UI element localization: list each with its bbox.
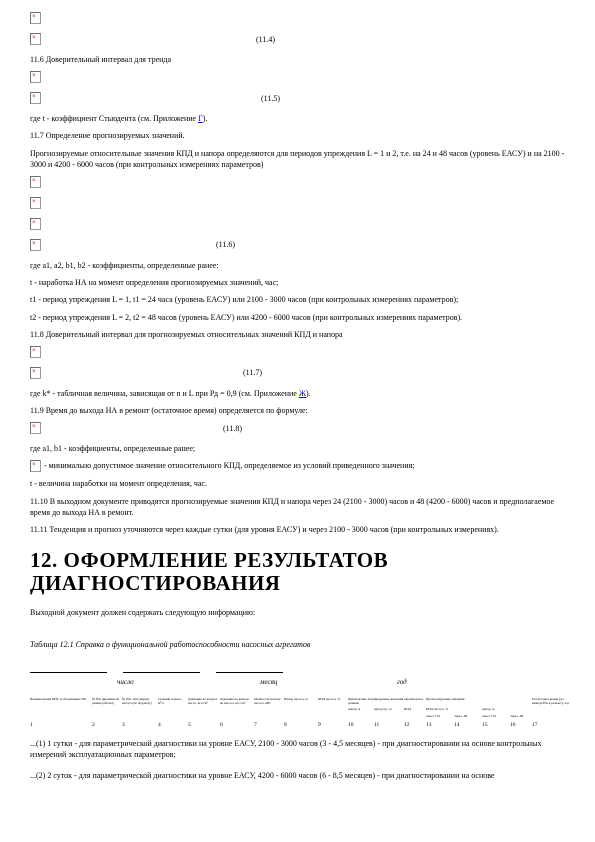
formula-image-row: × [30, 12, 565, 24]
formula-image-row: × (11.5) [30, 92, 565, 104]
date-fill-in-block: число месяц год [30, 666, 565, 696]
def-kpd-min-text: - минимально допустимое значение относит… [44, 460, 415, 471]
appendix-zh-link[interactable]: Ж [299, 389, 306, 398]
column-number: 14 [454, 719, 482, 730]
broken-image-x: × [32, 73, 36, 79]
section-12-intro: Выходной документ должен содержать следу… [30, 607, 565, 618]
date-underline [123, 672, 200, 673]
broken-image-x: × [32, 14, 36, 20]
column-number: 13 [426, 719, 454, 730]
broken-image-x: × [32, 94, 36, 100]
column-number: 10 [348, 719, 374, 730]
where-k-definition: где k* - табличная величина, зависящая о… [30, 388, 565, 399]
column-number: 12 [404, 719, 426, 730]
date-label-day: число [117, 678, 134, 686]
column-number: 2 [92, 719, 122, 730]
where-t-text: где t - коэффициент Стьюдента (см. Прило… [30, 114, 198, 123]
table-subheader: КПД [404, 706, 426, 719]
where-k-text: где k* - табличная величина, зависящая о… [30, 389, 299, 398]
formula-image-row: × [30, 197, 565, 209]
broken-image-icon: × [30, 12, 41, 24]
formula-image-row: × [30, 346, 565, 358]
broken-image-icon: × [30, 460, 41, 472]
column-number: 1 [30, 719, 92, 730]
table-group-header-actual: Фактические и приведенные значения парам… [348, 696, 426, 707]
broken-image-x: × [32, 369, 36, 375]
column-number: 3 [122, 719, 158, 730]
date-underline [216, 672, 283, 673]
broken-image-x: × [32, 199, 36, 205]
table-column-header: Давление на выходе из насоса, кгс/см² [220, 696, 254, 719]
column-number: 17 [532, 719, 572, 730]
equation-number: (11.7) [243, 368, 262, 377]
broken-image-icon: × [30, 239, 41, 251]
equation-number: (11.4) [256, 35, 275, 44]
table-group-header-forecast: Прогнозируемые значения [426, 696, 532, 707]
table-column-header: Средняя подача, м³/ч [158, 696, 188, 719]
forecast-paragraph: Прогнозируемые относительные значения КП… [30, 148, 565, 170]
table-column-header: Остаточное время (до вывода НА в ремонт)… [532, 696, 572, 719]
where-k-tail: ). [306, 389, 311, 398]
broken-image-x: × [32, 462, 36, 468]
column-number: 9 [318, 719, 348, 730]
column-number: 4 [158, 719, 188, 730]
equation-number: (11.6) [216, 240, 235, 249]
clause-11-10: 11.10 В выходном документе приводятся пр… [30, 496, 565, 518]
where-t-definition: где t - коэффициент Стьюдента (см. Прило… [30, 113, 565, 124]
broken-image-icon: × [30, 71, 41, 83]
table-subheader: напор пр., м [374, 706, 404, 719]
equation-number: (11.5) [261, 94, 280, 103]
column-number: 16 [510, 719, 532, 730]
table-column-header: Мощность на валу насоса, кВт [254, 696, 284, 719]
def-t: t - наработка НА на момент определения п… [30, 277, 565, 288]
formula-image-row: × [30, 176, 565, 188]
formula-image-row: × (11.8) [30, 422, 565, 434]
def-t-op: t - величина наработки на момент определ… [30, 478, 565, 489]
footnotes: ...(1) 1 сутки - для параметрической диа… [30, 738, 565, 782]
broken-image-x: × [32, 424, 36, 430]
formula-image-row: × (11.6) [30, 239, 565, 251]
def-t2: t2 - период упреждения L = 2, t2 = 48 ча… [30, 312, 565, 323]
table-column-number-row: 1 2 3 4 5 6 7 8 9 10 11 12 13 14 15 16 1… [30, 719, 572, 730]
table-column-header: Наименование НПС и обозначение НА [30, 696, 92, 719]
table-header-row-groups: Наименование НПС и обозначение НА № НА (… [30, 696, 572, 707]
broken-image-x: × [32, 220, 36, 226]
where-a1b1: где a1, b1 - коэффициенты, определенные … [30, 443, 565, 454]
broken-image-x: × [32, 178, 36, 184]
broken-image-icon: × [30, 33, 41, 45]
formula-image-row: × (11.4) [30, 33, 565, 45]
clause-11-11: 11.11 Тенденция и прогноз уточняются чер… [30, 524, 565, 535]
table-column-header: № НА (временной режим работы) [92, 696, 122, 719]
clause-11-8-heading: 11.8 Доверительный интервал для прогнози… [30, 329, 565, 340]
footnote-2: ...(2) 2 суток - для параметрической диа… [30, 770, 565, 781]
table-12-1: Наименование НПС и обозначение НА № НА (… [30, 696, 572, 730]
column-number: 8 [284, 719, 318, 730]
formula-image-row: × (11.7) [30, 367, 565, 379]
table-subheader: напор, м [348, 706, 374, 719]
broken-image-icon: × [30, 422, 41, 434]
date-label-year: год [397, 678, 407, 686]
table-column-header: Напор насоса, м [284, 696, 318, 719]
date-underline [30, 672, 107, 673]
broken-image-x: × [32, 35, 36, 41]
section-12-heading: 12. ОФОРМЛЕНИЕ РЕЗУЛЬТАТОВ ДИАГНОСТИРОВА… [30, 549, 565, 595]
broken-image-icon: × [30, 367, 41, 379]
broken-image-x: × [32, 348, 36, 354]
broken-image-icon: × [30, 176, 41, 188]
footnote-1: ...(1) 1 сутки - для параметрической диа… [30, 738, 565, 760]
formula-image-row: × [30, 71, 565, 83]
column-number: 15 [482, 719, 510, 730]
broken-image-icon: × [30, 92, 41, 104]
document-page: × × (11.4) 11.6 Доверительный интервал д… [0, 0, 595, 781]
formula-image-row: × [30, 218, 565, 230]
broken-image-icon: × [30, 218, 41, 230]
clause-11-6-heading: 11.6 Доверительный интервал для тренда [30, 54, 565, 65]
table-column-header: Давление на входе в насос, кгс/см² [188, 696, 220, 719]
broken-image-icon: × [30, 197, 41, 209]
date-label-month: месяц [260, 678, 277, 686]
broken-image-x: × [32, 241, 36, 247]
clause-11-9-heading: 11.9 Время до выхода НА в ремонт (остато… [30, 405, 565, 416]
table-column-header: КПД насоса, % [318, 696, 348, 719]
clause-11-7-heading: 11.7 Определение прогнозируемых значений… [30, 130, 565, 141]
column-number: 5 [188, 719, 220, 730]
def-kpd-min: × - минимально допустимое значение относ… [30, 460, 565, 472]
column-number: 11 [374, 719, 404, 730]
broken-image-icon: × [30, 346, 41, 358]
where-t-tail: ). [203, 114, 208, 123]
equation-number: (11.8) [223, 424, 242, 433]
column-number: 7 [254, 719, 284, 730]
table-12-1-caption: Таблица 12.1 Справка о функциональной ра… [30, 639, 565, 650]
def-t1: t1 - период упреждения L = 1, t1 = 24 ча… [30, 294, 565, 305]
where-coeffs: где a1, a2, b1, b2 - коэффициенты, опред… [30, 260, 565, 271]
table-column-header: № НА, тип (марка) насоса (по журналу) [122, 696, 158, 719]
column-number: 6 [220, 719, 254, 730]
